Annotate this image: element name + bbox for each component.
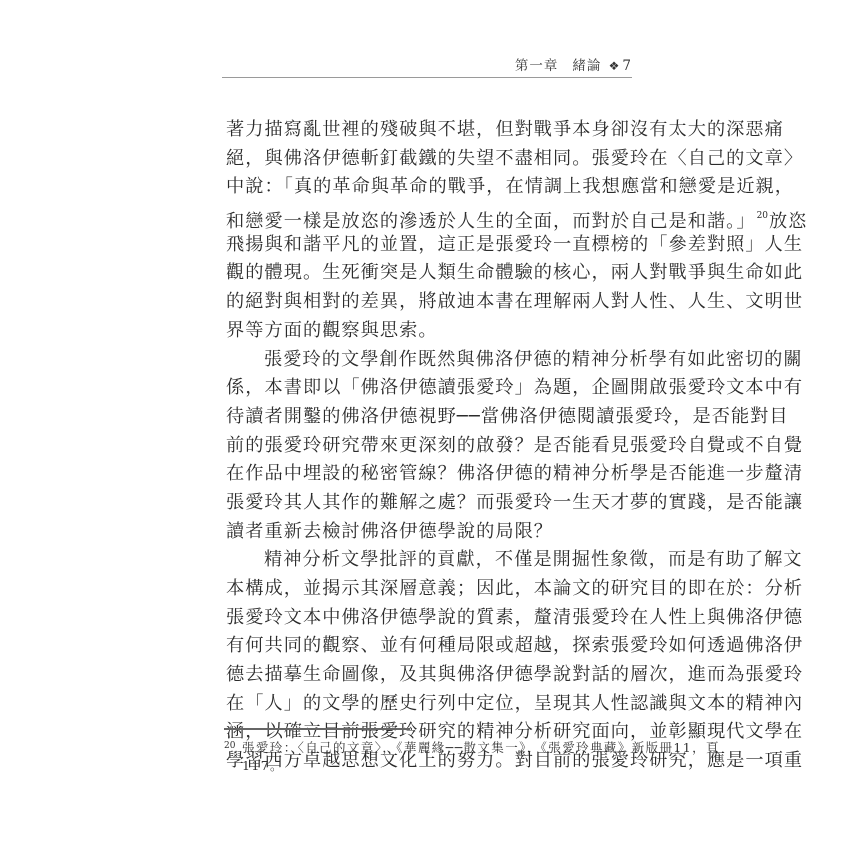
footnote-divider [224, 728, 410, 730]
paragraph-start-line: 精神分析文學批評的貢獻，不僅是開掘性象徵，而是有助了解文 [226, 546, 634, 575]
paragraph-start-line: 張愛玲的文學創作既然與佛洛伊德的精神分析學有如此密切的關 [226, 346, 634, 375]
text-line: 係，本書即以「佛洛伊德讀張愛玲」為題，企圖開啟張愛玲文本中有 [226, 374, 634, 403]
text-line: 在「人」的文學的歷史行列中定位，呈現其人性認識與文本的精神內 [226, 690, 634, 719]
text-line: 中說：「真的革命與革命的戰爭，在情調上我想應當和戀愛是近親， [226, 173, 634, 202]
text-line: 本構成，並揭示其深層意義；因此，本論文的研究目的即在於：分析 [226, 575, 634, 604]
text-line: 飛揚與和諧平凡的並置，這正是張愛玲一直標榜的「參差對照」人生 [226, 231, 634, 260]
book-page: 第一章緒論 ❖7 著力描寫亂世裡的殘破與不堪，但對戰爭本身卻沒有太大的深惡痛 絕… [0, 0, 850, 850]
footnote-line: 117。 [224, 756, 634, 775]
footnote-reference[interactable]: 20 [757, 211, 768, 221]
footnote-line: 20張愛玲：〈自己的文章〉，《華麗緣──散文集一》，《張愛玲典藏》新版冊11，頁 [224, 737, 634, 756]
text-segment: 放恣 [769, 211, 807, 232]
text-line: 著力描寫亂世裡的殘破與不堪，但對戰爭本身卻沒有太大的深惡痛 [226, 116, 634, 145]
running-header: 第一章緒論 ❖7 [222, 54, 632, 76]
text-line: 界等方面的觀察與思索。 [226, 317, 634, 346]
text-line: 有何共同的觀察、並有何種局限或超越，探索張愛玲如何透過佛洛伊 [226, 632, 634, 661]
text-line: 德去描摹生命圖像，及其與佛洛伊德學說對話的層次，進而為張愛玲 [226, 661, 634, 690]
text-line: 張愛玲其人其作的難解之處？而張愛玲一生天才夢的實踐，是否能讓 [226, 489, 634, 518]
text-line: 前的張愛玲研究帶來更深刻的啟發？是否能看見張愛玲自覺或不自覺 [226, 432, 634, 461]
text-line: 絕，與佛洛伊德斬釘截鐵的失望不盡相同。張愛玲在〈自己的文章〉 [226, 145, 634, 174]
chapter-label: 第一章 [515, 58, 559, 74]
section-label: 緒論 [572, 58, 601, 74]
diamond-ornament-icon: ❖ [609, 59, 621, 73]
text-line: 的絕對與相對的差異，將啟迪本書在理解兩人對人性、人生、文明世 [226, 288, 634, 317]
page-number: 7 [622, 58, 632, 74]
text-line: 在作品中埋設的秘密管線？佛洛伊德的精神分析學是否能進一步釐清 [226, 460, 634, 489]
footnote-text: 張愛玲：〈自己的文章〉，《華麗緣──散文集一》，《張愛玲典藏》新版冊11，頁 [242, 740, 720, 755]
footnote: 20張愛玲：〈自己的文章〉，《華麗緣──散文集一》，《張愛玲典藏》新版冊11，頁… [224, 737, 634, 775]
text-line: 待讀者開鑿的佛洛伊德視野──當佛洛伊德閱讀張愛玲，是否能對目 [226, 403, 634, 432]
text-line: 讀者重新去檢討佛洛伊德學說的局限？ [226, 518, 634, 547]
text-segment: 和戀愛一樣是放恣的滲透於人生的全面，而對於自己是和諧。」 [226, 211, 756, 232]
footnote-number: 20 [224, 737, 242, 756]
text-line: 觀的體現。生死衝突是人類生命體驗的核心，兩人對戰爭與生命如此 [226, 259, 634, 288]
body-text: 著力描寫亂世裡的殘破與不堪，但對戰爭本身卻沒有太大的深惡痛 絕，與佛洛伊德斬釘截… [226, 116, 634, 776]
header-divider [222, 77, 632, 78]
text-line: 張愛玲文本中佛洛伊德學說的質素，釐清張愛玲在人性上與佛洛伊德 [226, 604, 634, 633]
text-line: 和戀愛一樣是放恣的滲透於人生的全面，而對於自己是和諧。」20放恣 [226, 202, 634, 231]
